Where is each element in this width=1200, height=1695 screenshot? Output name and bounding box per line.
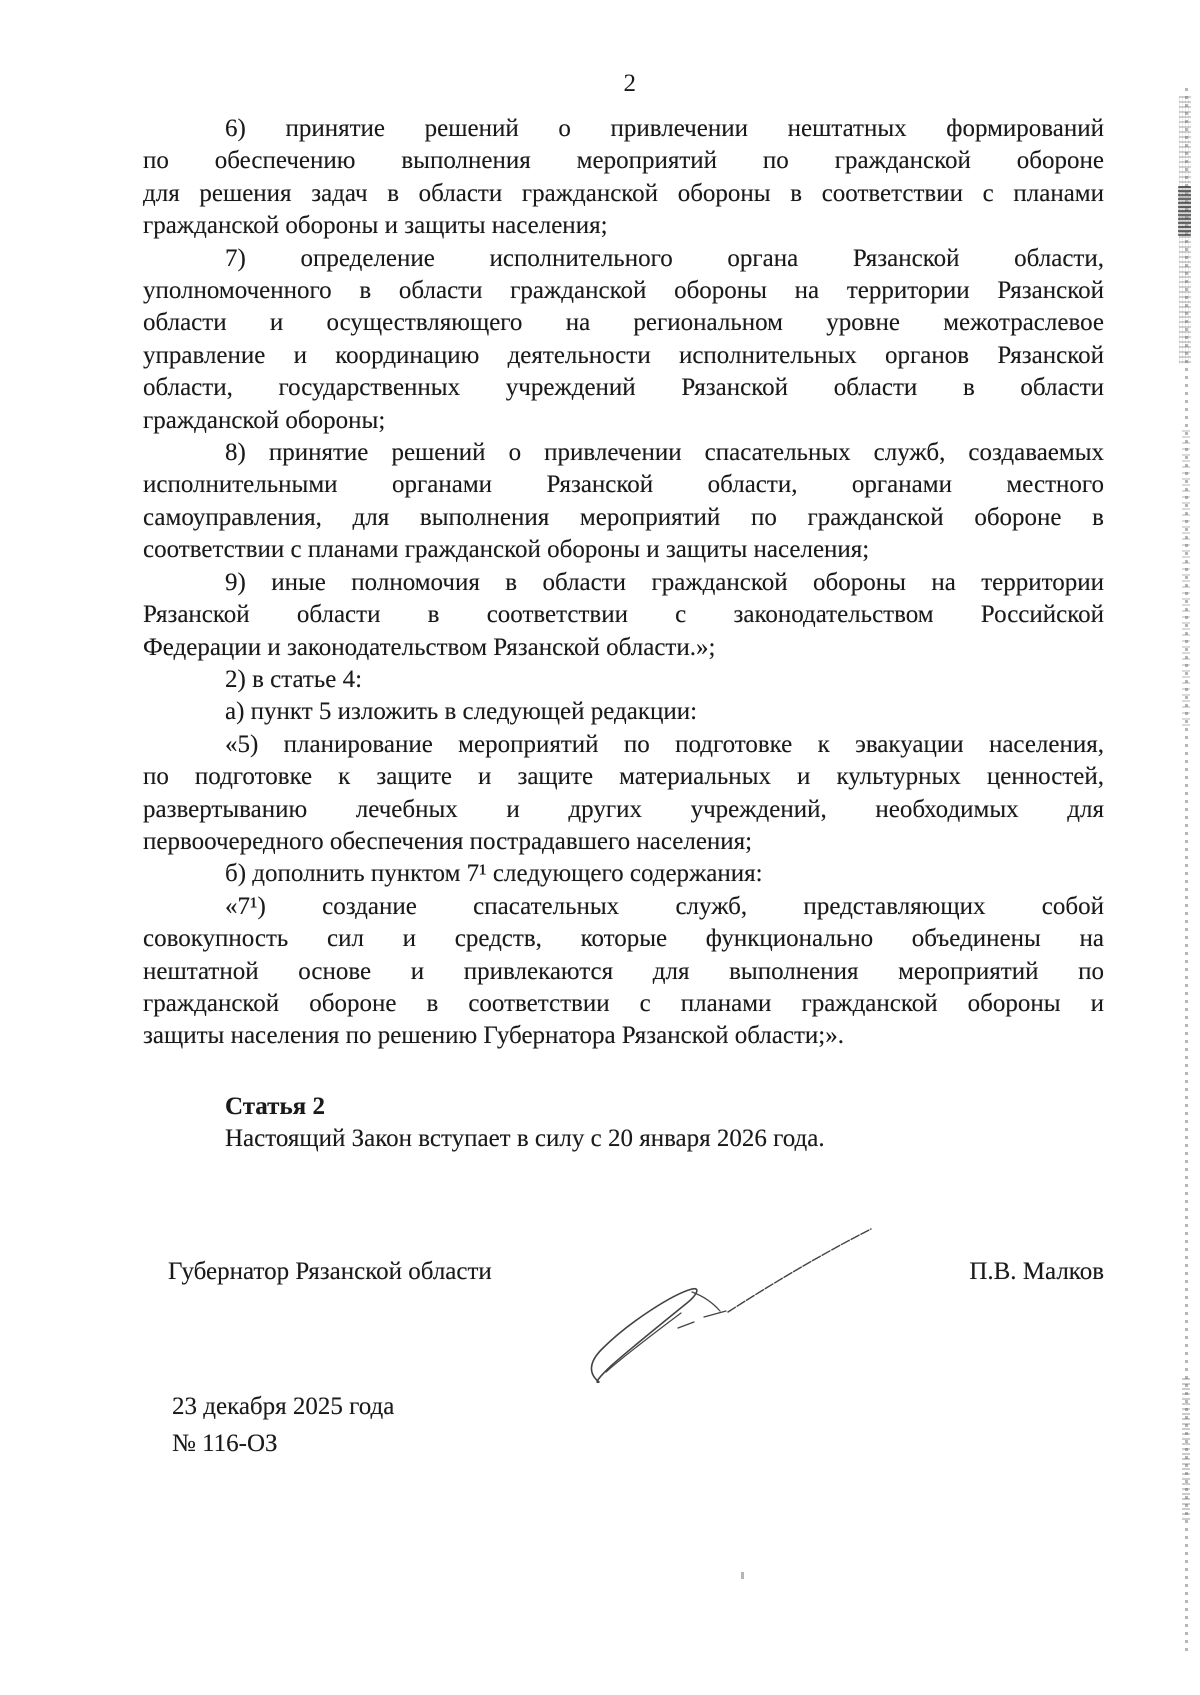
paragraph-item-6: 6) принятие решений о привлечении нештат… bbox=[143, 113, 1104, 243]
text-line: б) дополнить пунктом 7¹ следующего содер… bbox=[143, 858, 1104, 890]
scan-artifact-band-top bbox=[1179, 96, 1191, 364]
paragraph-item-7: 7) определение исполнительного органа Ря… bbox=[143, 243, 1104, 437]
document-page: 2 6) принятие решений о привлечении нешт… bbox=[0, 0, 1200, 1695]
paragraph-item-8: 8) принятие решений о привлечении спасат… bbox=[143, 437, 1104, 567]
text-line: развертыванию лечебных и других учрежден… bbox=[143, 794, 1104, 826]
paragraph-subitem-a: а) пункт 5 изложить в следующей редакции… bbox=[143, 696, 1104, 728]
signer-position-label: Губернатор Рязанской области bbox=[168, 1258, 492, 1286]
text-line: по подготовке к защите и защите материал… bbox=[143, 761, 1104, 793]
text-line: по обеспечению выполнения мероприятий по… bbox=[143, 145, 1104, 177]
scan-artifact-blob bbox=[1178, 186, 1191, 236]
text-line: исполнительными органами Рязанской облас… bbox=[143, 469, 1104, 501]
text-line: гражданской обороне в соответствии с пла… bbox=[143, 988, 1104, 1020]
text-line: для решения задач в области гражданской … bbox=[143, 178, 1104, 210]
text-line: 2) в статье 4: bbox=[143, 664, 1104, 696]
text-line: первоочередного обеспечения пострадавшег… bbox=[143, 826, 1104, 858]
document-body: 6) принятие решений о привлечении нештат… bbox=[143, 113, 1104, 1156]
paragraph-subitem-b: б) дополнить пунктом 7¹ следующего содер… bbox=[143, 858, 1104, 890]
signer-name: П.В. Малков bbox=[969, 1258, 1104, 1286]
text-line: управление и координацию деятельности ис… bbox=[143, 340, 1104, 372]
scan-speck bbox=[741, 1572, 744, 1579]
text-line: защиты населения по решению Губернатора … bbox=[143, 1020, 1104, 1052]
paragraph-item-9: 9) иные полномочия в области гражданской… bbox=[143, 567, 1104, 664]
text-line: гражданской обороны; bbox=[143, 405, 1104, 437]
page-number: 2 bbox=[570, 70, 690, 98]
text-line: 8) принятие решений о привлечении спасат… bbox=[143, 437, 1104, 469]
signing-date: 23 декабря 2025 года bbox=[172, 1388, 394, 1425]
signature-image bbox=[585, 1223, 877, 1391]
text-line: соответствии с планами гражданской оборо… bbox=[143, 534, 1104, 566]
text-line: Настоящий Закон вступает в силу с 20 янв… bbox=[143, 1123, 1104, 1155]
text-line: гражданской обороны и защиты населения; bbox=[143, 210, 1104, 242]
text-line: уполномоченного в области гражданской об… bbox=[143, 275, 1104, 307]
text-line: 6) принятие решений о привлечении нештат… bbox=[143, 113, 1104, 145]
text-line: нештатной основе и привлекаются для выпо… bbox=[143, 956, 1104, 988]
text-line: Федерации и законодательством Рязанской … bbox=[143, 632, 1104, 664]
text-line: 7) определение исполнительного органа Ря… bbox=[143, 243, 1104, 275]
text-line: Рязанской области в соответствии с закон… bbox=[143, 599, 1104, 631]
text-line: самоуправления, для выполнения мероприят… bbox=[143, 502, 1104, 534]
paragraph-point-5: «5) планирование мероприятий по подготов… bbox=[143, 729, 1104, 859]
text-line: 9) иные полномочия в области гражданской… bbox=[143, 567, 1104, 599]
paragraph-point-7-1: «7¹) создание спасательных служб, предст… bbox=[143, 891, 1104, 1053]
text-line: области и осуществляющего на регионально… bbox=[143, 307, 1104, 339]
date-block: 23 декабря 2025 года № 116-ОЗ bbox=[172, 1388, 394, 1462]
scan-artifact-band-mid bbox=[1182, 430, 1190, 730]
paragraph-article-2-heading: Статья 2 bbox=[143, 1091, 1104, 1123]
paragraph-item-2-article-4: 2) в статье 4: bbox=[143, 664, 1104, 696]
scan-artifact-band-bottom bbox=[1182, 1378, 1190, 1523]
text-line: области, государственных учреждений Ряза… bbox=[143, 372, 1104, 404]
text-line: Статья 2 bbox=[143, 1091, 1104, 1123]
paragraph-article-2-text: Настоящий Закон вступает в силу с 20 янв… bbox=[143, 1123, 1104, 1155]
text-line: «5) планирование мероприятий по подготов… bbox=[143, 729, 1104, 761]
text-line: а) пункт 5 изложить в следующей редакции… bbox=[143, 696, 1104, 728]
scan-artifact-line bbox=[1185, 88, 1188, 1656]
text-line: «7¹) создание спасательных служб, предст… bbox=[143, 891, 1104, 923]
law-number: № 116-ОЗ bbox=[172, 1425, 394, 1462]
text-line: совокупность сил и средств, которые функ… bbox=[143, 923, 1104, 955]
